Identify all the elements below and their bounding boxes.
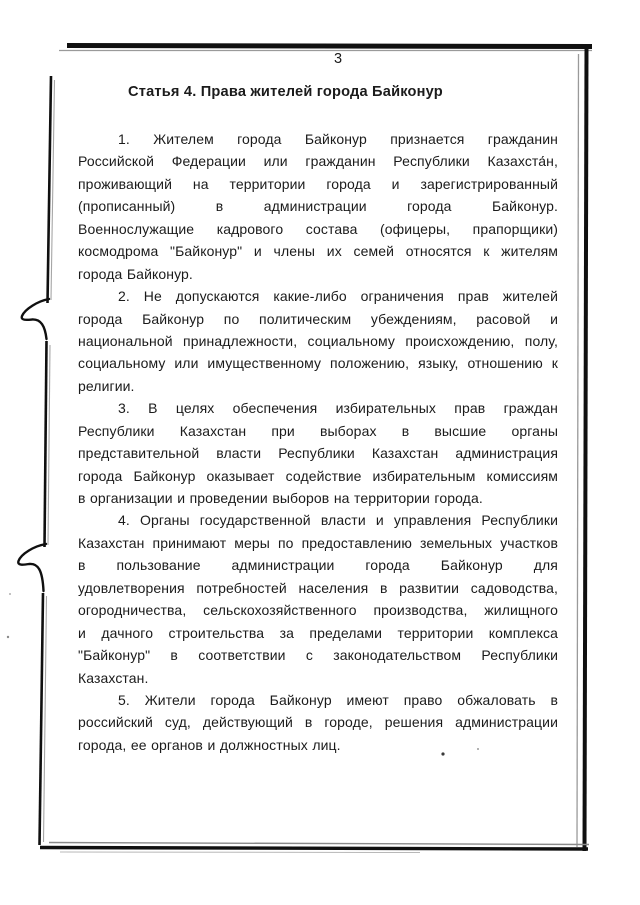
text-line: Республики Казахстан при выборах в высши… (78, 420, 558, 442)
paragraph: 3. В целях обеспечения избирательных пра… (78, 397, 558, 509)
text-line: 2. Не допускаются какие-либо ограничения… (78, 285, 558, 307)
text-line: Казахстан. (78, 667, 558, 689)
text-line: (прописанный) в администрации города Бай… (78, 195, 558, 217)
text-line: в пользование администрации города Байко… (78, 554, 558, 576)
text-line: города Байконур по политическим убеждени… (78, 308, 558, 330)
scanned-document-page: 3 Статья 4. Права жителей города Байкону… (0, 0, 640, 905)
text-line: национальной принадлежности, социальному… (78, 330, 558, 352)
text-line: космодрома "Байконур" и члены их семей о… (78, 240, 558, 262)
text-line: проживающий на территории города и зарег… (78, 173, 558, 195)
binding-mark-icon (22, 299, 49, 339)
document-content: 3 Статья 4. Права жителей города Байкону… (78, 50, 558, 756)
text-line: Военнослужащие кадрового состава (офицер… (78, 218, 558, 240)
text-line: российский суд, действующий в городе, ре… (78, 711, 558, 733)
text-line: огородничества, сельскохозяйственного пр… (78, 599, 558, 621)
text-line: удовлетворения потребностей населения в … (78, 577, 558, 599)
scan-speck (9, 593, 11, 595)
paragraph: 1. Жителем города Байконур признается гр… (78, 128, 558, 285)
text-line: и дачного строительства за пределами тер… (78, 622, 558, 644)
text-line: представительной власти Республики Казах… (78, 442, 558, 464)
page-number: 3 (78, 50, 558, 68)
text-line: 5. Жители города Байконур имеют право об… (78, 689, 558, 711)
text-line: "Байконур" в соответствии с законодатель… (78, 644, 558, 666)
binding-mark-icon (18, 544, 46, 591)
text-line: Российской Федерации или гражданин Респу… (78, 150, 558, 172)
text-line: Казахстан принимают меры по предоставлен… (78, 532, 558, 554)
paragraphs: 1. Жителем города Байконур признается гр… (78, 128, 558, 756)
text-line: в организации и проведении выборов на те… (78, 487, 558, 509)
text-line: социальному или имущественному положению… (78, 352, 558, 374)
text-line: 1. Жителем города Байконур признается гр… (78, 128, 558, 150)
text-line: города Байконур оказывает содействие изб… (78, 465, 558, 487)
text-line: города Байконур. (78, 263, 558, 285)
scan-speck (7, 636, 9, 638)
paragraph: 2. Не допускаются какие-либо ограничения… (78, 285, 558, 397)
article-title: Статья 4. Права жителей города Байконур (128, 83, 558, 101)
paragraph: 5. Жители города Байконур имеют право об… (78, 689, 558, 756)
text-line: 4. Органы государственной власти и управ… (78, 509, 558, 531)
text-line: города, ее органов и должностных лиц. (78, 734, 558, 756)
text-line: 3. В целях обеспечения избирательных пра… (78, 397, 558, 419)
paragraph: 4. Органы государственной власти и управ… (78, 509, 558, 689)
text-line: религии. (78, 375, 558, 397)
